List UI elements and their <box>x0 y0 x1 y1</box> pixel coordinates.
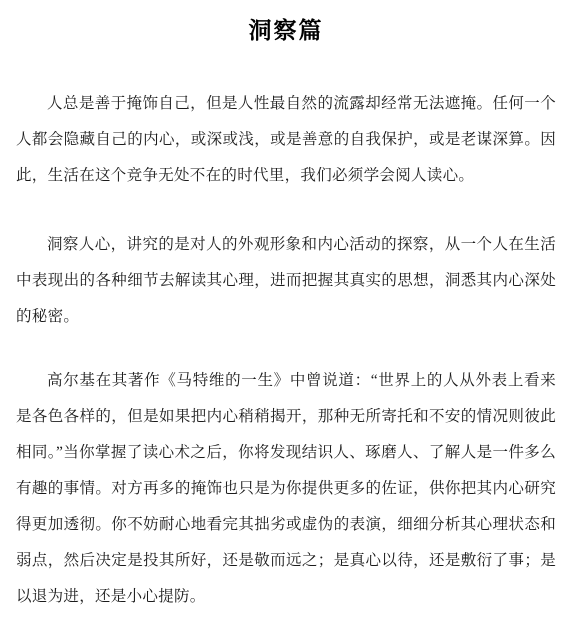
document-page: 洞察篇 人总是善于掩饰自己，但是人性最自然的流露却经常无法遮掩。任何一个人都会隐… <box>0 0 572 619</box>
paragraph-1: 人总是善于掩饰自己，但是人性最自然的流露却经常无法遮掩。任何一个人都会隐藏自己的… <box>16 86 556 194</box>
page-title: 洞察篇 <box>16 16 556 46</box>
paragraph-3: 高尔基在其著作《马特维的一生》中曾说道：“世界上的人从外表上看来是各色各样的，但… <box>16 363 556 615</box>
paragraph-2: 洞察人心，讲究的是对人的外观形象和内心活动的探察，从一个人在生活中表现出的各种细… <box>16 227 556 335</box>
